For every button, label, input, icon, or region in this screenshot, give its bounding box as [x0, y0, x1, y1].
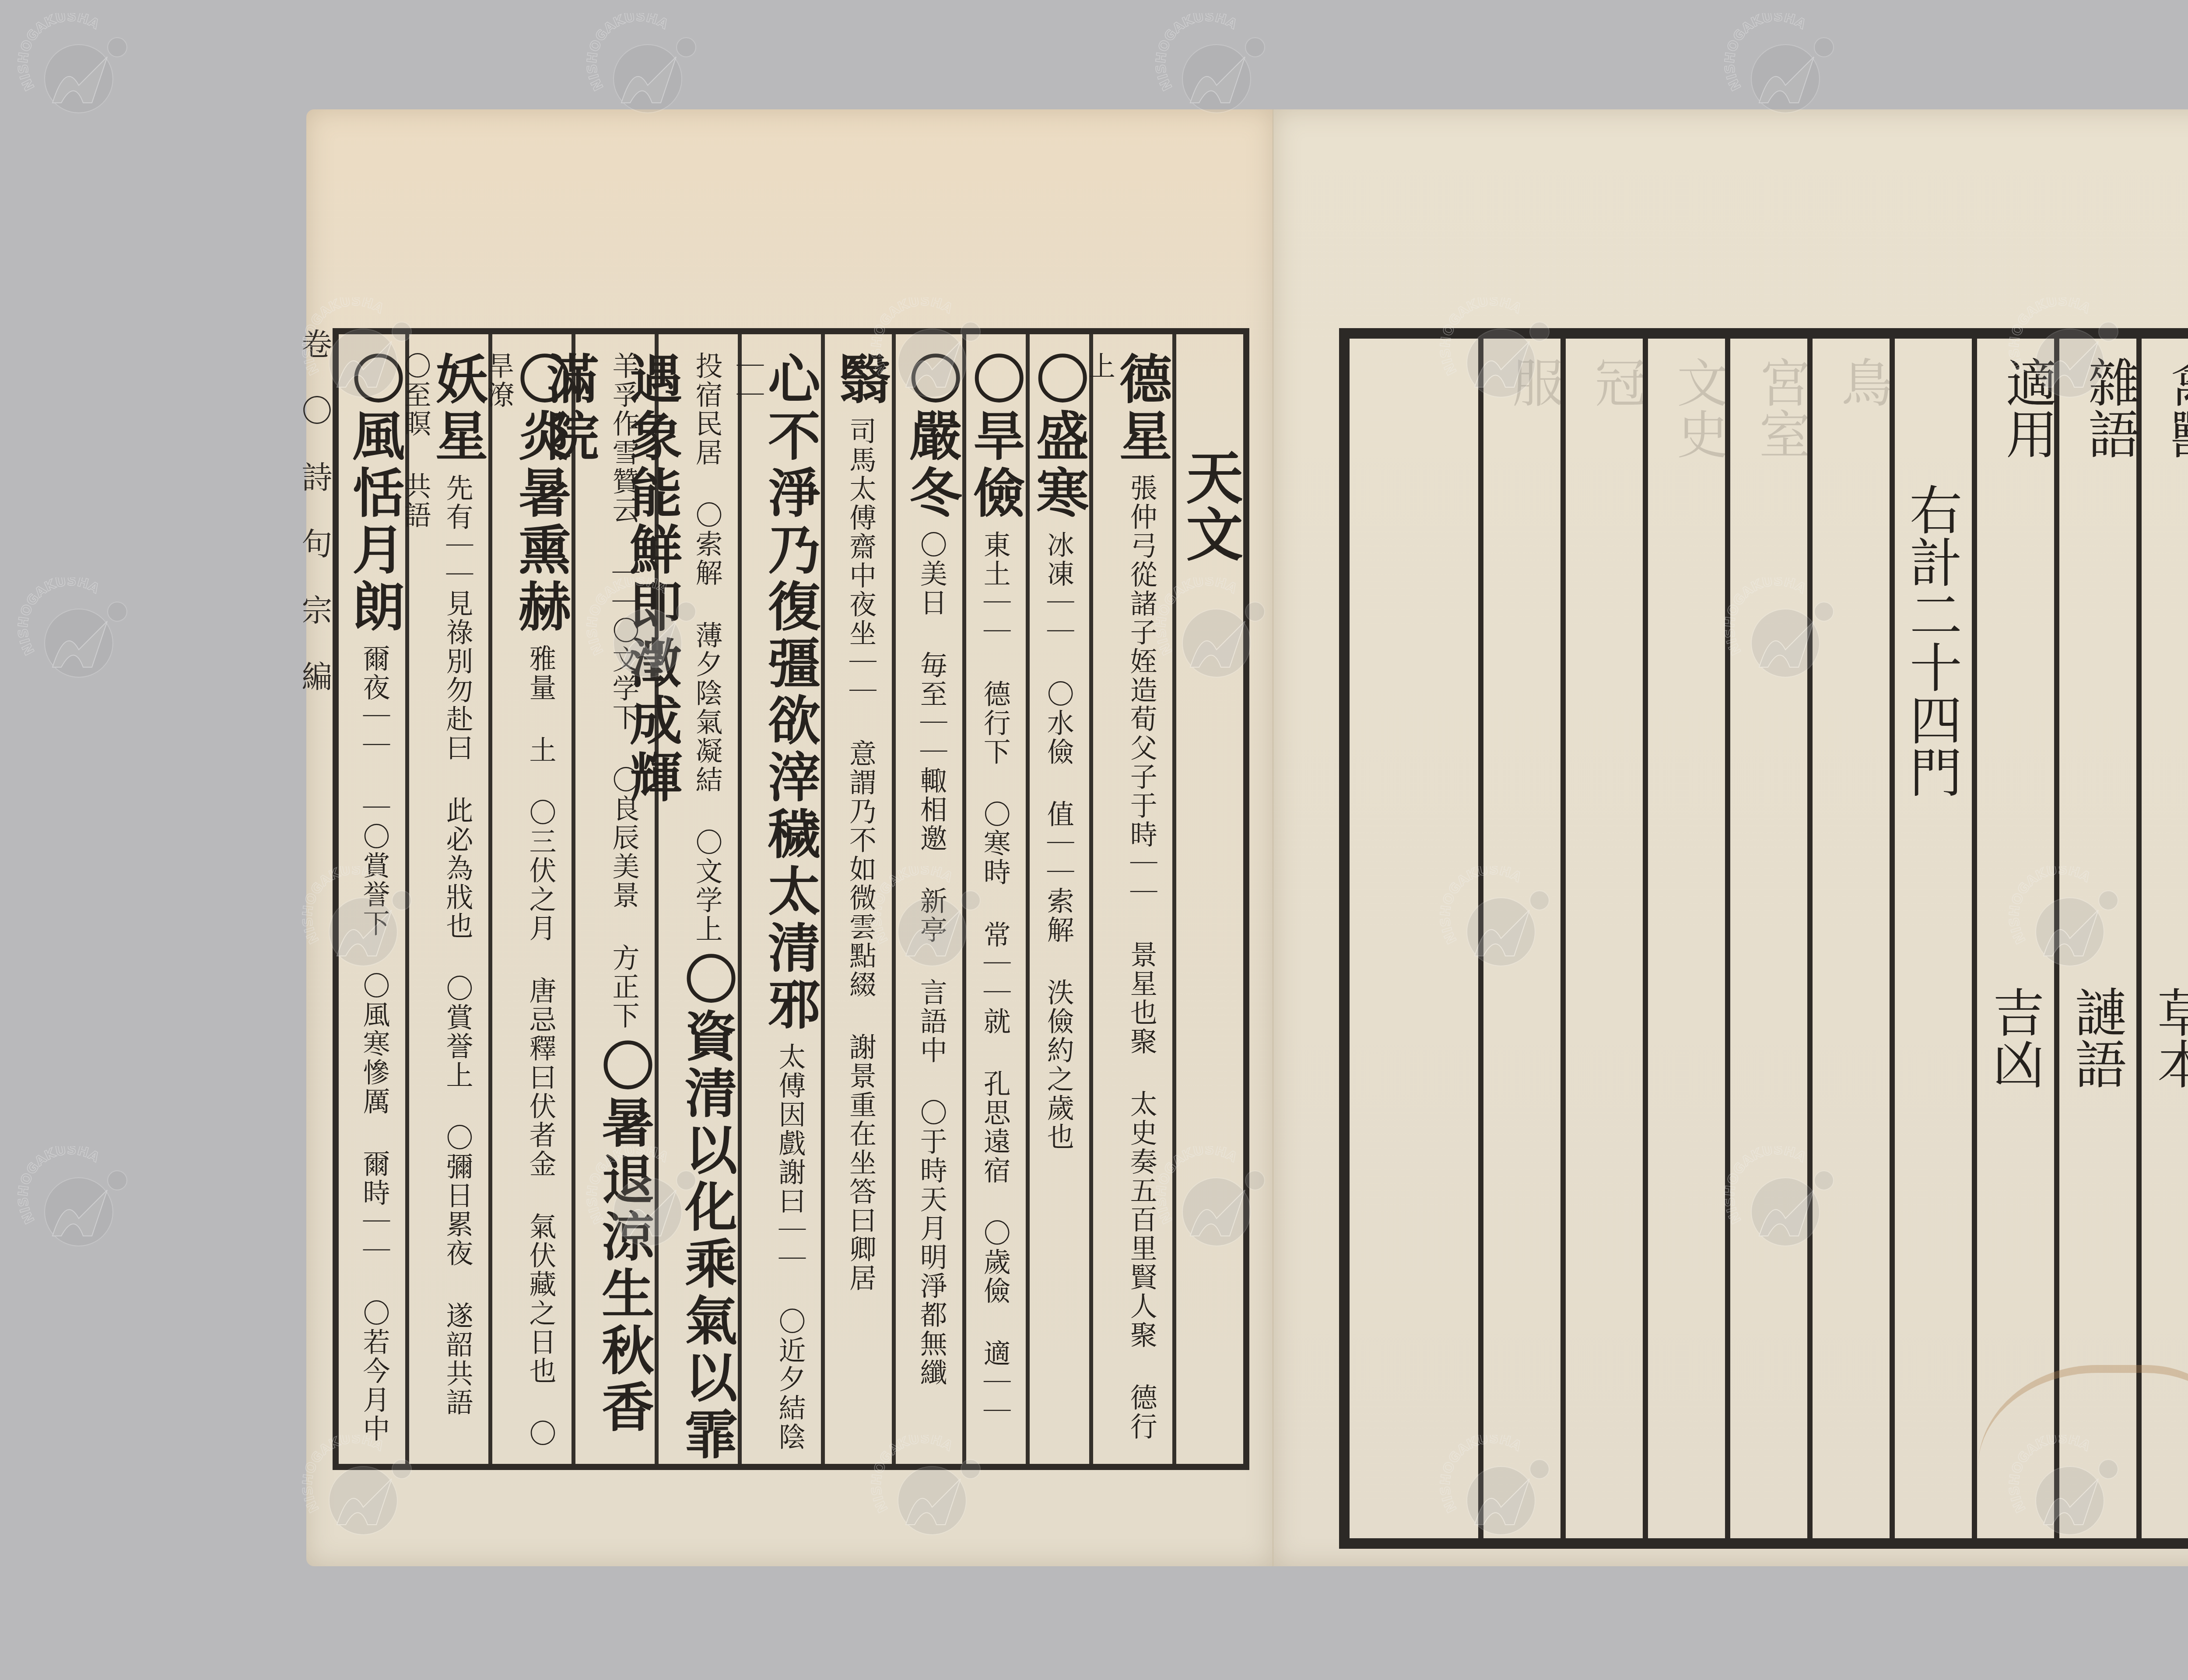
nishogakusha-watermark-icon: NISHOGAKUSHA: [18, 13, 131, 114]
left-page: 卷 〇 詩 句 宗 編 天文 德星 張仲弓從諸子姪造荀父子于時｜｜ 景星也聚 太…: [306, 109, 1273, 1566]
category-label: 適用: [1997, 356, 2058, 459]
empty-column: 宮室: [1725, 339, 1807, 1538]
nishogakusha-watermark-icon: NISHOGAKUSHA: [18, 577, 131, 678]
text-column: 〇風恬月朗 爾夜｜｜ ｜〇賞誉下 〇風寒慘厲 爾時｜｜ 〇若今月中: [339, 334, 405, 1464]
empty-column: [1396, 339, 1478, 1538]
text-column: 投宿民居 〇索解 薄夕陰氣凝結 〇文学上 〇資清以化乘氣以霏遇象能鮮即澂成輝: [655, 334, 738, 1464]
category-label: 謰語: [2069, 986, 2123, 1089]
text-column: 妖星 先有｜｜見祿別勿赴曰 此必為戕也 〇賞誉上 〇彌日累夜 遂韶共語 〇至瞑 …: [405, 334, 488, 1464]
category-label: 草本: [2151, 986, 2188, 1089]
text-column: 〇嚴冬 〇美日 毎至｜｜輙相邀 新亭 言語中 〇于時天月明淨都無纖: [892, 334, 963, 1464]
contents-column: 雜語 謰語: [2054, 339, 2136, 1538]
right-page: 禽獸 草本 雜語 謰語 適用 吉凶 右計二十四門 鳥 宮室 文史 冠 服: [1273, 109, 2188, 1566]
contents-column: 禽獸 草本: [2136, 339, 2188, 1538]
entry-note: 羊孚作雪贊云 ｜｜〇文学下 〇良辰美景 方正下: [608, 352, 640, 1030]
entry-term: 〇旱儉: [964, 352, 1026, 522]
bleed-through-text: 鳥: [1833, 356, 1893, 408]
text-column: 〇炎暑熏赫 雅量 土 〇三伏之月 唐忌釋曰伏者金 氣伏藏之日也 〇旱潦: [488, 334, 572, 1464]
category-label: 禽獸: [2162, 356, 2188, 459]
nishogakusha-watermark-icon: NISHOGAKUSHA: [1724, 13, 1838, 114]
bleed-through-text: 宮室: [1750, 356, 1811, 459]
contents-total-column: 右計二十四門: [1890, 339, 1972, 1538]
entry-note: 冰凍｜｜ 〇水儉 值｜｜索解 泆儉約之歲也: [1042, 531, 1074, 1151]
section-heading: 天文: [1172, 334, 1243, 1464]
entry-term: 〇炎暑熏赫: [510, 352, 572, 636]
text-column: 羊孚作雪贊云 ｜｜〇文学下 〇良辰美景 方正下 〇暑退涼生秋香滿院: [572, 334, 655, 1464]
open-book: 卷 〇 詩 句 宗 編 天文 德星 張仲弓從諸子姪造荀父子于時｜｜ 景星也聚 太…: [306, 109, 2188, 1566]
entry-note: 先有｜｜見祿別勿赴曰 此必為戕也 〇賞誉上 〇彌日累夜 遂韶共語 〇至瞑 共語: [400, 352, 473, 1417]
entry-term: 心不淨乃復彊欲滓穢太清邪: [759, 352, 821, 1034]
svg-text:NISHOGAKUSHA: NISHOGAKUSHA: [18, 13, 102, 93]
entry-term: 〇盛寒: [1027, 352, 1089, 522]
contents-columns: 禽獸 草本 雜語 謰語 適用 吉凶 右計二十四門 鳥 宮室 文史 冠 服: [1350, 339, 2188, 1538]
category-label: 吉凶: [1987, 986, 2041, 1089]
svg-text:NISHOGAKUSHA: NISHOGAKUSHA: [18, 1146, 102, 1226]
empty-column: 服: [1478, 339, 1560, 1538]
svg-text:NISHOGAKUSHA: NISHOGAKUSHA: [18, 577, 102, 658]
bleed-through-text: 冠: [1586, 356, 1646, 408]
entry-term: 德星: [1111, 352, 1172, 465]
empty-column: 文史: [1643, 339, 1725, 1538]
left-page-columns: 天文 德星 張仲弓從諸子姪造荀父子于時｜｜ 景星也聚 太史奏五百里賢人聚 德行上…: [339, 334, 1243, 1464]
text-column: 心不淨乃復彊欲滓穢太清邪 太傅因戲謝曰｜｜ 〇近夕結陰｜｜: [738, 334, 821, 1464]
entry-term: 〇風恬月朗: [344, 352, 405, 636]
entry-note: 張仲弓從諸子姪造荀父子于時｜｜ 景星也聚 太史奏五百里賢人聚 德行上: [1083, 352, 1157, 1441]
entry-term: 〇嚴冬: [901, 352, 962, 522]
svg-text:NISHOGAKUSHA: NISHOGAKUSHA: [1155, 13, 1240, 93]
nishogakusha-watermark-icon: NISHOGAKUSHA: [1155, 13, 1269, 114]
empty-column: 冠: [1560, 339, 1643, 1538]
entry-note: 投宿民居 〇索解 薄夕陰氣凝結 〇文学上: [691, 352, 723, 944]
entry-note: 司馬太傅齋中夜坐｜｜ 意謂乃不如微雲點綴 謝景重在坐答曰卿居: [845, 417, 877, 1293]
entry-term: 翳: [830, 352, 892, 409]
entry-note: 東土｜｜ 德行下 〇寒時 常｜｜就 孔思遠宿 〇歲儉 適｜｜: [979, 531, 1011, 1426]
nishogakusha-watermark-icon: NISHOGAKUSHA: [586, 13, 700, 114]
text-column: 翳 司馬太傅齋中夜坐｜｜ 意謂乃不如微雲點綴 謝景重在坐答曰卿居: [821, 334, 892, 1464]
category-label: 雜語: [2079, 356, 2140, 459]
right-page-frame: 禽獸 草本 雜語 謰語 適用 吉凶 右計二十四門 鳥 宮室 文史 冠 服: [1339, 328, 2188, 1549]
empty-column: 鳥: [1807, 339, 1890, 1538]
contents-total: 右計二十四門: [1904, 483, 1959, 798]
entry-note: 爾夜｜｜ ｜〇賞誉下 〇風寒慘厲 爾時｜｜ 〇若今月中: [358, 644, 390, 1443]
bleed-through-text: 服: [1504, 356, 1564, 408]
left-page-frame: 天文 德星 張仲弓從諸子姪造荀父子于時｜｜ 景星也聚 太史奏五百里賢人聚 德行上…: [333, 328, 1249, 1470]
svg-text:NISHOGAKUSHA: NISHOGAKUSHA: [1724, 13, 1809, 93]
entry-term: 妖星: [427, 352, 488, 465]
text-column: 〇旱儉 東土｜｜ 德行下 〇寒時 常｜｜就 孔思遠宿 〇歲儉 適｜｜: [962, 334, 1026, 1464]
nishogakusha-watermark-icon: NISHOGAKUSHA: [18, 1146, 131, 1247]
contents-column: 適用 吉凶: [1972, 339, 2054, 1538]
entry-note: 〇美日 毎至｜｜輙相邀 新亭 言語中 〇于時天月明淨都無纖: [915, 531, 947, 1387]
text-column: 〇盛寒 冰凍｜｜ 〇水儉 值｜｜索解 泆儉約之歲也: [1026, 334, 1089, 1464]
svg-text:NISHOGAKUSHA: NISHOGAKUSHA: [586, 13, 671, 93]
bleed-through-text: 文史: [1668, 356, 1729, 459]
text-column: 德星 張仲弓從諸子姪造荀父子于時｜｜ 景星也聚 太史奏五百里賢人聚 德行上: [1089, 334, 1172, 1464]
